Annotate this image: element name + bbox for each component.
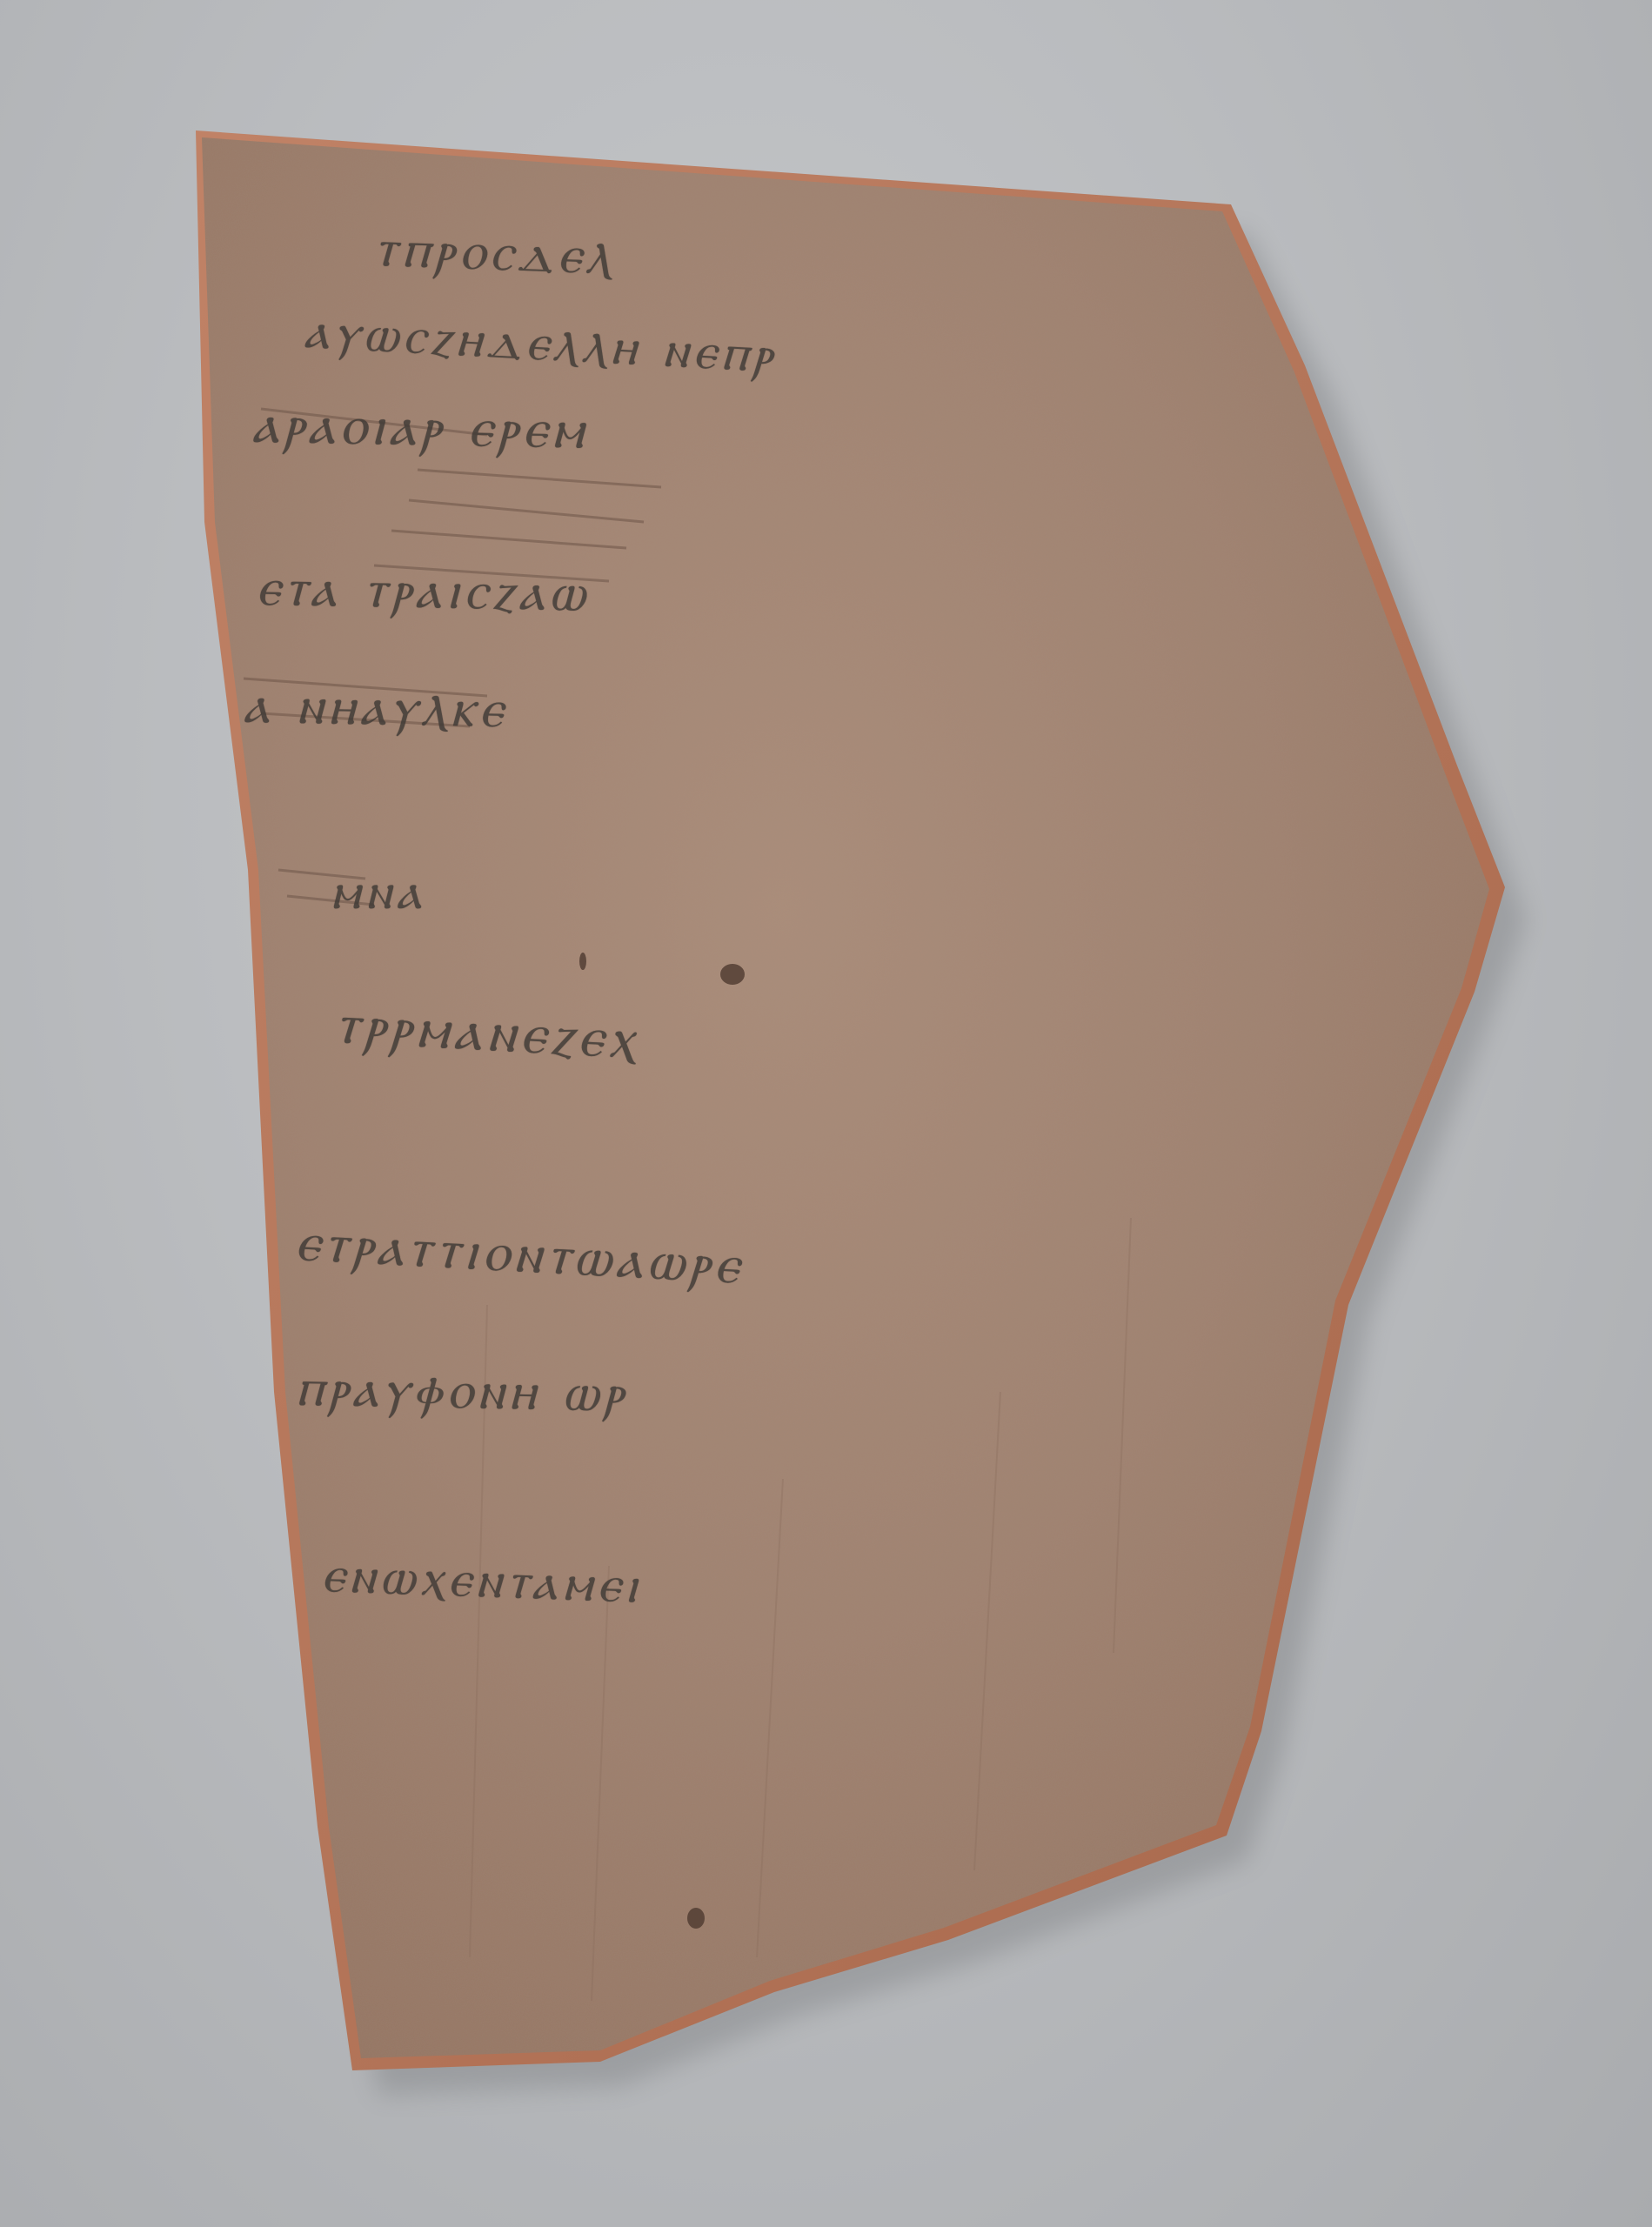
ostracon-sherd [0,0,1652,2227]
inscription-line-1: ⲧⲡⲣⲟⲥⲇⲉⲗ [373,217,617,287]
inscription-line-6: ⲙⲛⲁ [331,861,427,921]
inscription-line-5: ⲁ ⲛⲏⲁⲩⲗⲕⲉ [243,674,508,739]
inscription-line-4: ⲉⲧⲁ ⲧⲣⲁⲓⲥⲍⲁⲱ [256,557,590,624]
photo-stage: ⲧⲡⲣⲟⲥⲇⲉⲗ ⲁⲩⲱⲥⲍⲏⲇⲉⲗⲗⲏ ⲛⲉⲡⲣ ⲁⲣⲁⲟⲓⲁⲣ ⲉⲣⲉⲙ ⲉ… [0,0,1652,2227]
inscription-line-3: ⲁⲣⲁⲟⲓⲁⲣ ⲉⲣⲉⲙ [251,391,589,462]
inscription-line-10: ⲉⲛⲱⲭⲉⲛⲧⲁⲙⲉⲓ [321,1544,644,1615]
inscription-line-9: ⲡⲣⲁⲩⲫⲟⲛⲏ ⲱⲣ [295,1357,628,1424]
